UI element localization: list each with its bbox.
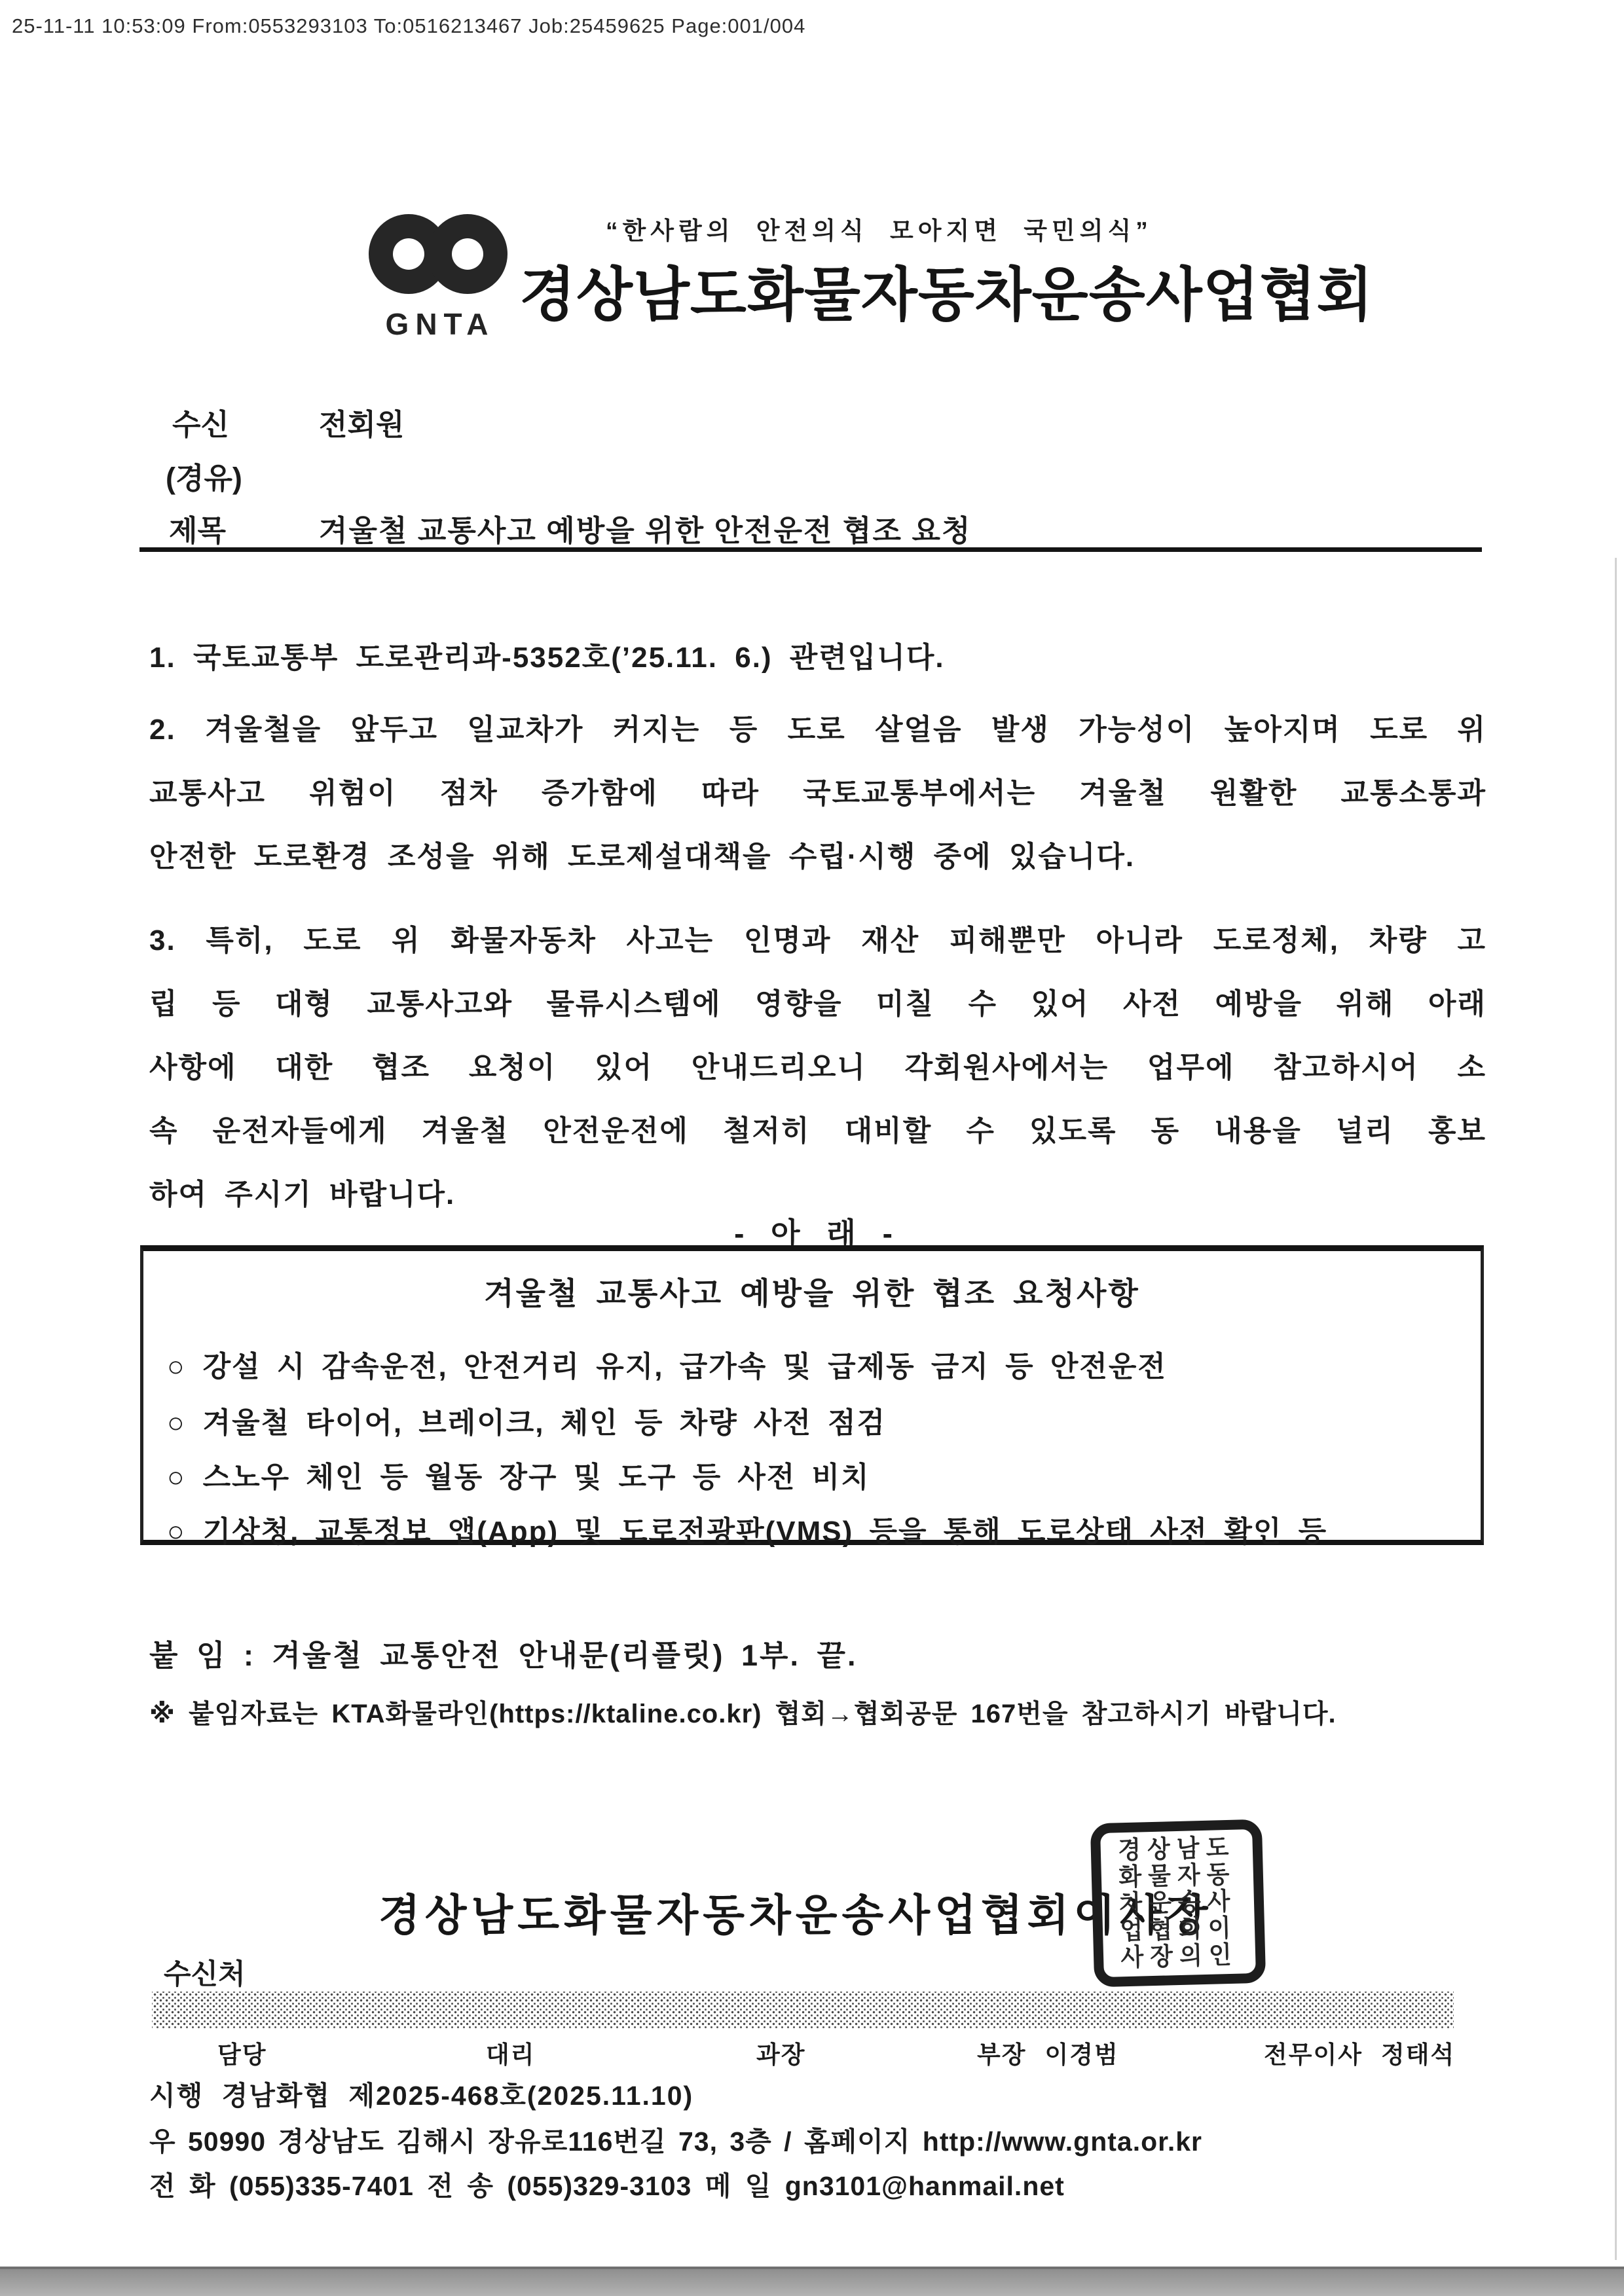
body-paragraph-2-line: 2. 겨울철을 앞두고 일교차가 커지는 등 도로 살얼음 발생 가능성이 높아… xyxy=(149,706,1486,748)
body-paragraph-3-line: 립 등 대형 교통사고와 물류시스템에 영향을 미칠 수 있어 사전 예방을 위… xyxy=(149,980,1486,1022)
notice-item: ○스노우 체인 등 월동 장구 및 도구 등 사전 비치 xyxy=(167,1453,1464,1495)
approval-name: 정태석 xyxy=(1381,2041,1455,2068)
fax-document-page: 25-11-11 10:53:09 From:0553293103 To:051… xyxy=(0,0,1624,2296)
attachment-reference-note: ※ 붙임자료는 KTA화물라인(https://ktaline.co.kr) 협… xyxy=(149,1693,1337,1730)
notice-item-text: 기상청, 교통정보 앱(App) 및 도로전광판(VMS) 등을 통해 도로상태… xyxy=(203,1516,1328,1548)
notice-item-text: 강설 시 감속운전, 안전거리 유지, 급가속 및 급제동 금지 등 안전운전 xyxy=(203,1351,1167,1383)
issuance-number-line: 시행 경남화협 제2025-468호(2025.11.10) xyxy=(149,2074,693,2113)
approval-cell-bujang: 부장이경범 xyxy=(977,2035,1119,2070)
notice-item-text: 스노우 체인 등 월동 장구 및 도구 등 사전 비치 xyxy=(203,1461,870,1493)
recipient-value: 전회원 xyxy=(319,401,404,443)
address-homepage-line: 우 50990 경상남도 김해시 장유로116번길 73, 3층 / 홈페이지 … xyxy=(149,2120,1202,2159)
notice-item: ○강설 시 감속운전, 안전거리 유지, 급가속 및 급제동 금지 등 안전운전 xyxy=(167,1343,1464,1385)
notice-item: ○기상청, 교통정보 앱(App) 및 도로전광판(VMS) 등을 통해 도로상… xyxy=(167,1508,1464,1550)
organization-name-title: 경상남도화물자동차운송사업협회 xyxy=(519,249,1374,332)
body-paragraph-3-line: 하여 주시기 바랍니다. xyxy=(149,1171,1486,1212)
body-paragraph-2-line: 안전한 도로환경 조성을 위해 도로제설대책을 수립·시행 중에 있습니다. xyxy=(149,833,1486,875)
approval-title: 전무이사 xyxy=(1264,2041,1363,2068)
approval-title: 대리 xyxy=(486,2041,535,2068)
body-paragraph-3-line: 속 운전자들에게 겨울철 안전운전에 철저히 대비할 수 있도록 동 내용을 널… xyxy=(149,1107,1486,1149)
letterhead-slogan: “한사람의 안전의식 모아지면 국민의식” xyxy=(606,211,1153,246)
subject-divider-rule xyxy=(139,547,1482,552)
body-paragraph-2-line: 교통사고 위험이 점차 증가함에 따라 국토교통부에서는 겨울철 원활한 교통소… xyxy=(149,769,1486,811)
phone-fax-email-line: 전 화 (055)335-7401 전 송 (055)329-3103 메 일 … xyxy=(149,2164,1065,2203)
via-label: (경유) xyxy=(166,454,242,497)
logo-acronym: GNTA xyxy=(361,306,519,342)
recipients-list-label: 수신처 xyxy=(164,1952,246,1992)
halftone-divider-band xyxy=(152,1992,1454,2028)
body-paragraph-3-line: 사항에 대한 협조 요청이 있어 안내드리오니 각회원사에서는 업무에 참고하시… xyxy=(149,1044,1486,1085)
body-paragraph-3-line: 3. 특히, 도로 위 화물자동차 사고는 인명과 재산 피해뿐만 아니라 도로… xyxy=(149,917,1486,958)
issuer-signature-text: 경상남도화물자동차운송사업협회이사장 xyxy=(378,1880,1213,1942)
approval-cell-jeonmu-isa: 전무이사정태석 xyxy=(1264,2035,1455,2070)
official-seal-stamp: 경상남도 화물자동 차운송사 업협회이 사장의인 xyxy=(1090,1819,1266,1988)
circle-bullet-icon: ○ xyxy=(167,1516,186,1548)
approval-cell-gwajang: 과장 xyxy=(756,2035,824,2070)
body-paragraph-1: 1. 국토교통부 도로관리과-5352호(’25.11. 6.) 관련입니다. xyxy=(149,634,1486,676)
approval-name: 이경범 xyxy=(1044,2041,1118,2068)
attachment-line: 붙 임 : 겨울철 교통안전 안내문(리플릿) 1부. 끝. xyxy=(149,1631,858,1674)
approval-cell-damdang: 담당 xyxy=(217,2035,285,2070)
infinity-rings-logo-icon xyxy=(361,211,519,302)
approval-title: 과장 xyxy=(756,2041,805,2068)
notice-item-text: 겨울철 타이어, 브레이크, 체인 등 차량 사전 점검 xyxy=(203,1407,887,1439)
approval-cell-daeri: 대리 xyxy=(486,2035,553,2070)
fax-transmission-header: 25-11-11 10:53:09 From:0553293103 To:051… xyxy=(12,14,805,38)
approval-title: 부장 xyxy=(977,2041,1026,2068)
scan-bottom-gray-band xyxy=(0,2267,1624,2296)
scan-edge-artifact-line xyxy=(1615,558,1617,2260)
winter-safety-notice-box: 겨울철 교통사고 예방을 위한 협조 요청사항 ○강설 시 감속운전, 안전거리… xyxy=(140,1245,1484,1545)
circle-bullet-icon: ○ xyxy=(167,1461,186,1493)
notice-box-title: 겨울철 교통사고 예방을 위한 협조 요청사항 xyxy=(143,1269,1481,1313)
circle-bullet-icon: ○ xyxy=(167,1407,186,1439)
subject-label: 제목 xyxy=(169,507,226,549)
association-logo: GNTA xyxy=(361,211,519,342)
notice-item: ○겨울철 타이어, 브레이크, 체인 등 차량 사전 점검 xyxy=(167,1399,1464,1441)
seal-text-line: 사장의인 xyxy=(1103,1940,1256,1972)
recipient-label: 수신 xyxy=(172,401,229,443)
circle-bullet-icon: ○ xyxy=(167,1351,186,1383)
approval-title: 담당 xyxy=(217,2041,267,2068)
subject-value: 겨울철 교통사고 예방을 위한 안전운전 협조 요청 xyxy=(319,507,971,549)
